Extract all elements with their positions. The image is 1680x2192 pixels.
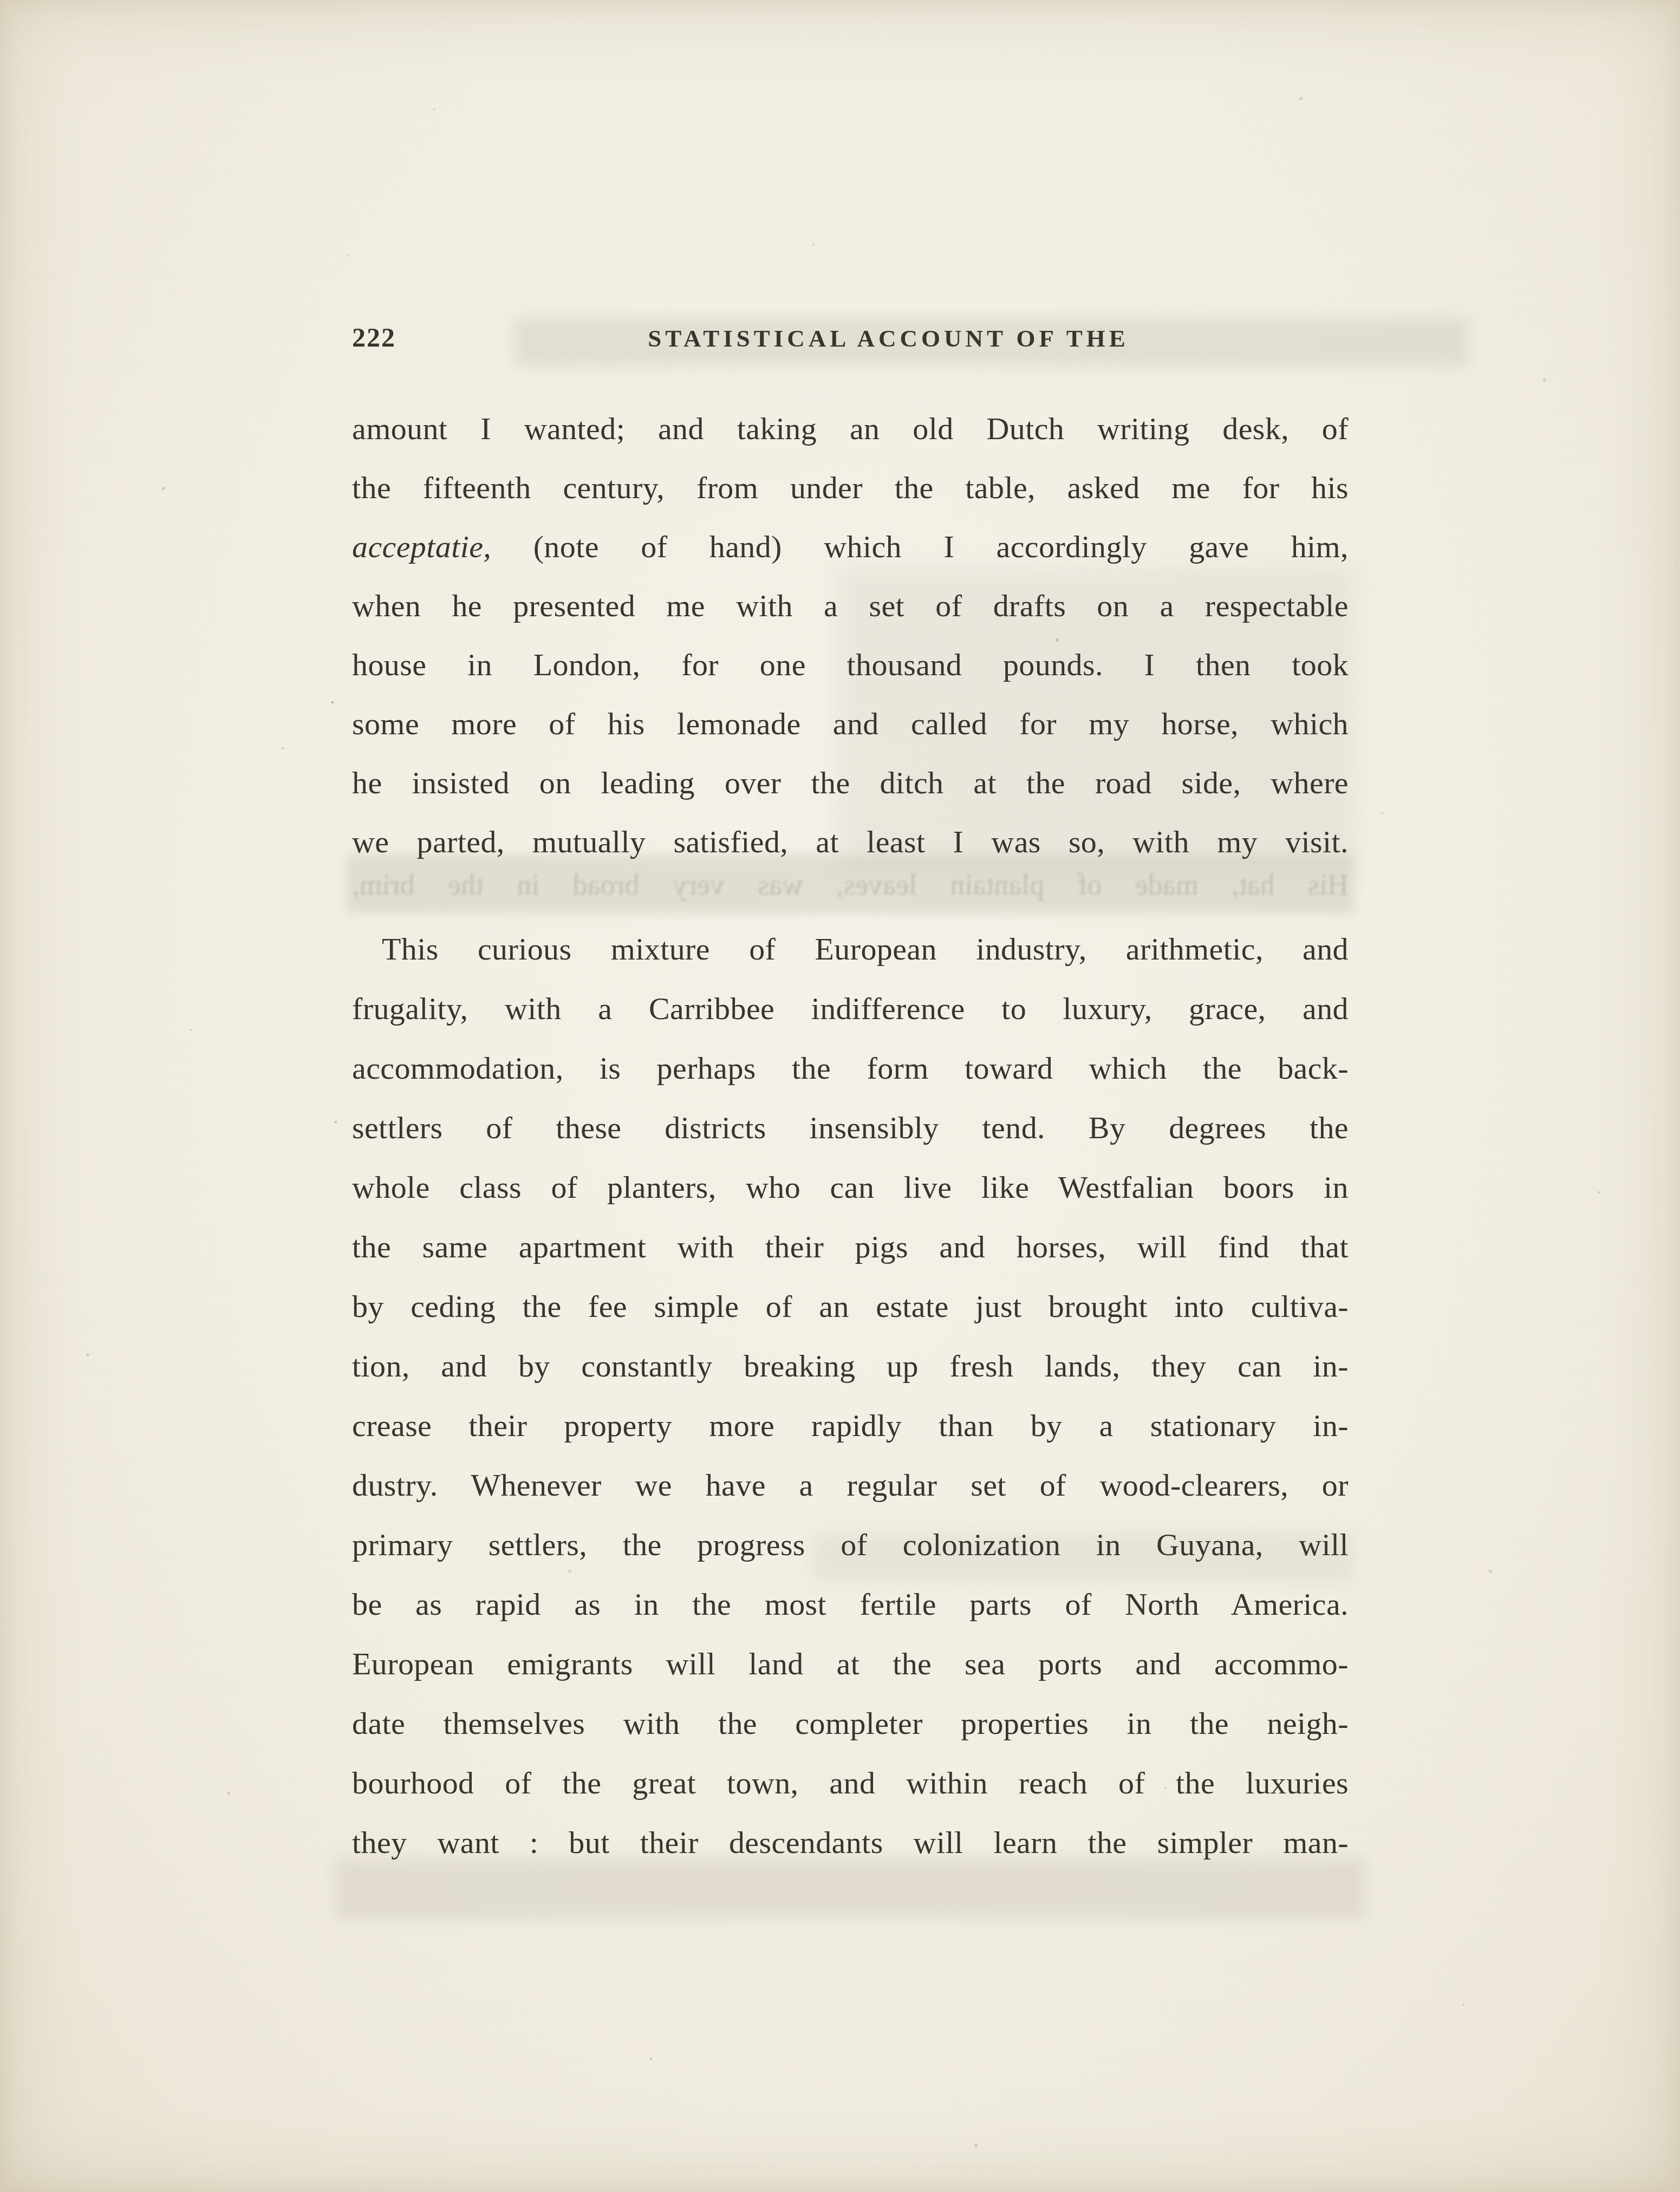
page-header: 222 STATISTICAL ACCOUNT OF THE: [352, 322, 1349, 353]
body-line: amount I wanted; and taking an old Dutch…: [352, 399, 1349, 458]
body-line: dustry. Whenever we have a regular set o…: [352, 1456, 1349, 1515]
body-line: This curious mixture of European industr…: [352, 919, 1349, 979]
paragraph-continuation: amount I wanted; and taking an old Dutch…: [352, 399, 1349, 871]
body-line: the same apartment with their pigs and h…: [352, 1217, 1349, 1277]
paper-speckles: [0, 0, 2, 2]
body-line-rest: (note of hand) which I accordingly gave …: [533, 529, 1349, 564]
body-line: frugality, with a Carribbee indifference…: [352, 979, 1349, 1039]
running-head: STATISTICAL ACCOUNT OF THE: [412, 324, 1365, 353]
body-line: when he presented me with a set of draft…: [352, 576, 1349, 635]
body-line: we parted, mutually satisfied, at least …: [352, 812, 1349, 871]
body-line: the fifteenth century, from under the ta…: [352, 458, 1349, 517]
body-line: he insisted on leading over the ditch at…: [352, 753, 1349, 812]
body-line: accommodation, is perhaps the form towar…: [352, 1039, 1349, 1098]
body-line: primary settlers, the progress of coloni…: [352, 1515, 1349, 1575]
body-line: whole class of planters, who can live li…: [352, 1158, 1349, 1217]
book-page-scan: 222 STATISTICAL ACCOUNT OF THE amount I …: [0, 0, 1680, 2192]
body-line: by ceding the fee simple of an estate ju…: [352, 1277, 1349, 1336]
body-line: they want : but their descendants will l…: [352, 1813, 1349, 1873]
body-line: tion, and by constantly breaking up fres…: [352, 1336, 1349, 1396]
body-line: some more of his lemonade and called for…: [352, 694, 1349, 753]
body-line: crease their property more rapidly than …: [352, 1396, 1349, 1456]
paragraph-main: This curious mixture of European industr…: [352, 919, 1349, 1873]
body-line: house in London, for one thousand pounds…: [352, 635, 1349, 694]
body-line: settlers of these districts insensibly t…: [352, 1098, 1349, 1158]
body-line: acceptatie, (note of hand) which I accor…: [352, 517, 1349, 576]
italic-term: acceptatie,: [352, 529, 491, 564]
body-line: date themselves with the completer prope…: [352, 1694, 1349, 1753]
page-number: 222: [352, 322, 396, 353]
body-line: European emigrants will land at the sea …: [352, 1634, 1349, 1694]
body-line: be as rapid as in the most fertile parts…: [352, 1575, 1349, 1634]
body-line: bourhood of the great town, and within r…: [352, 1753, 1349, 1813]
